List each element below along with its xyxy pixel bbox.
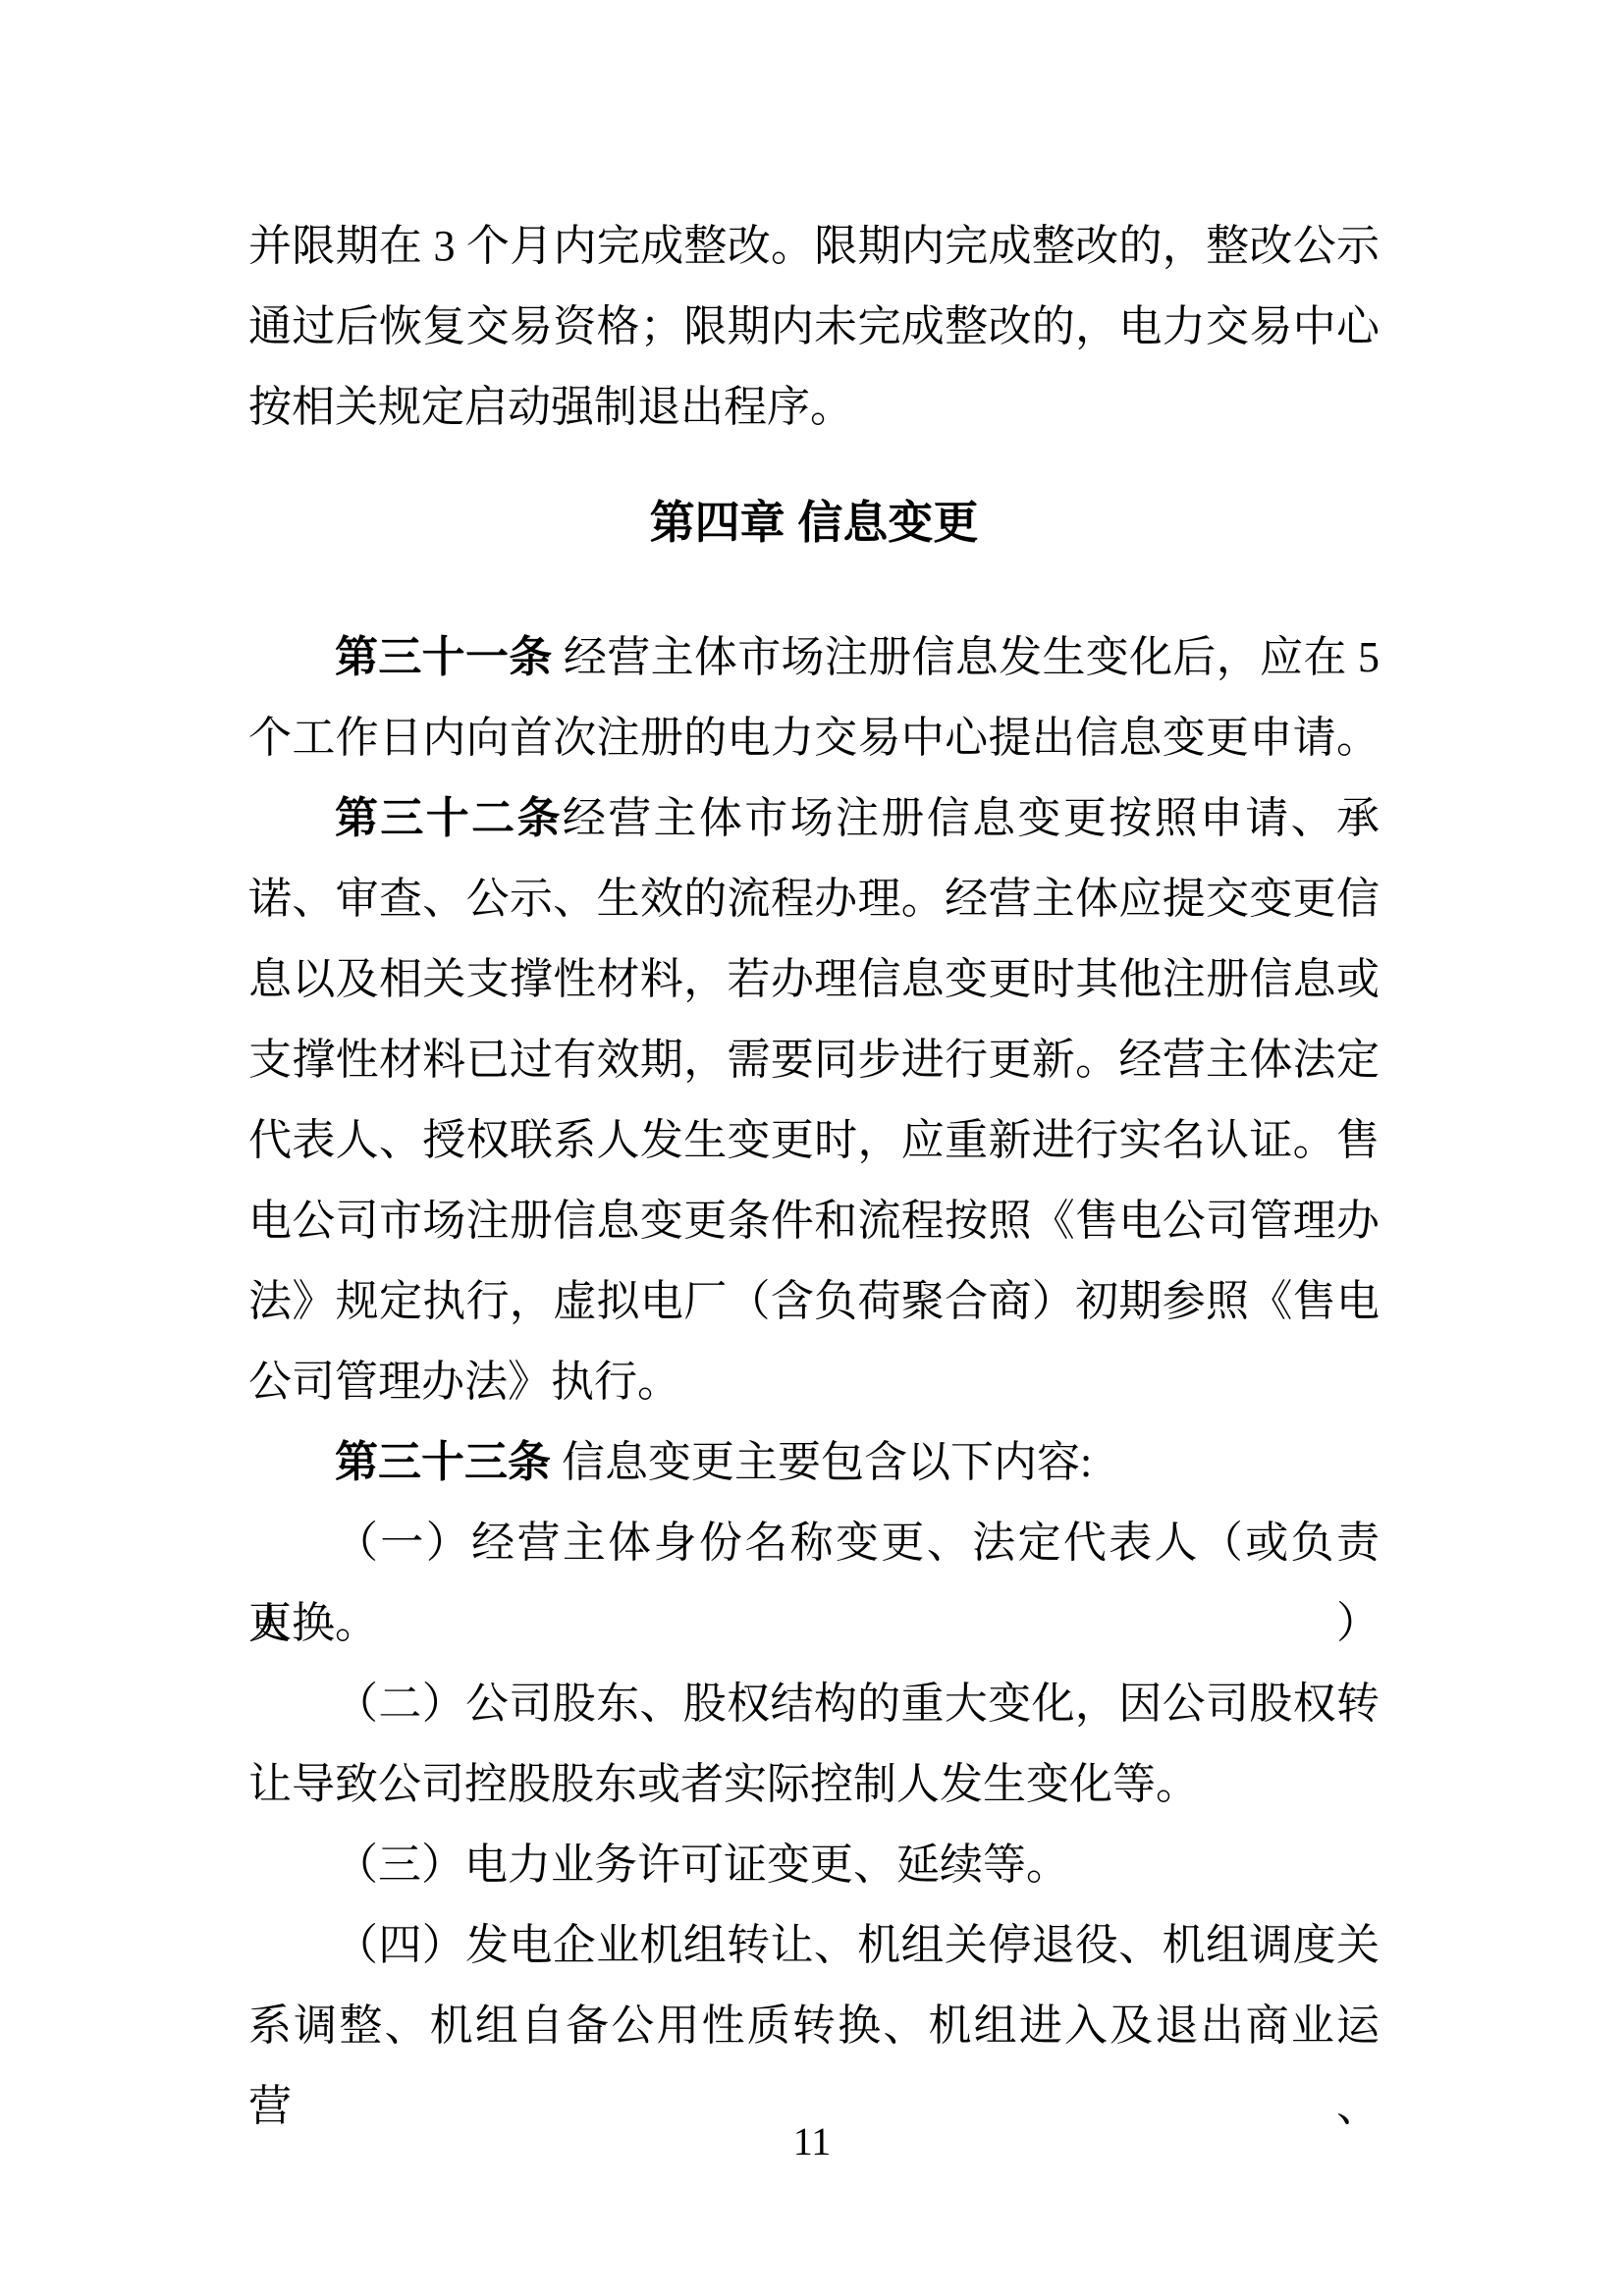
body-text: 按相关规定启动强制退出程序。 [248,383,853,431]
body-text: 支撑性材料已过有效期，需要同步进行更新。经营主体法定 [248,1036,1380,1084]
body-text: （二）公司股东、股权结构的重大变化，因公司股权转 [335,1680,1380,1728]
body-text: 公司管理办法》执行。 [248,1358,680,1406]
document-page: 并限期在 3 个月内完成整改。限期内完成整改的，整改公示通过后恢复交易资格；限期… [0,0,1624,2296]
body-text: 系调整、机组自备公用性质转换、机组进入及退出商业运营、 [248,2002,1380,2130]
document-body: 并限期在 3 个月内完成整改。限期内完成整改的，整改公示通过后恢复交易资格；限期… [248,206,1380,2066]
text-line: 支撑性材料已过有效期，需要同步进行更新。经营主体法定 [248,1020,1380,1100]
bold-text: 第四章 信息变更 [650,497,979,548]
text-line: 息以及相关支撑性材料，若办理信息变更时其他注册信息或 [248,939,1380,1020]
text-line: 第三十一条 经营主体市场注册信息发生变化后，应在 5 [248,617,1380,698]
body-text: 经营主体市场注册信息变更按照申请、承 [563,794,1380,842]
body-text: 更换。 [248,1599,378,1647]
text-line: 电公司市场注册信息变更条件和流程按照《售电公司管理办 [248,1181,1380,1261]
body-text: 个工作日内向首次注册的电力交易中心提出信息变更申请。 [248,714,1380,762]
body-text: 代表人、授权联系人发生变更时，应重新进行实名认证。售 [248,1116,1380,1164]
text-line: 代表人、授权联系人发生变更时，应重新进行实名认证。售 [248,1100,1380,1181]
body-text: 息以及相关支撑性材料，若办理信息变更时其他注册信息或 [248,955,1380,1003]
body-text: 经营主体市场注册信息发生变化后，应在 5 [553,633,1380,681]
body-text: 让导致公司控股股东或者实际控制人发生变化等。 [248,1760,1199,1808]
text-line: （二）公司股东、股权结构的重大变化，因公司股权转 [248,1664,1380,1744]
text-line: 按相关规定启动强制退出程序。 [248,367,1380,448]
text-line: 系调整、机组自备公用性质转换、机组进入及退出商业运营、 [248,1986,1380,2066]
body-text: 通过后恢复交易资格；限期内未完成整改的，电力交易中心 [248,302,1380,350]
text-line: 让导致公司控股股东或者实际控制人发生变化等。 [248,1744,1380,1825]
text-line: 公司管理办法》执行。 [248,1342,1380,1422]
text-line: （四）发电企业机组转让、机组关停退役、机组调度关 [248,1905,1380,1986]
text-line: （三）电力业务许可证变更、延续等。 [248,1825,1380,1905]
body-text: 诺、审查、公示、生效的流程办理。经营主体应提交变更信 [248,875,1380,923]
text-line: （一）经营主体身份名称变更、法定代表人（或负责人） [248,1503,1380,1583]
body-text: （四）发电企业机组转让、机组关停退役、机组调度关 [335,1921,1380,1969]
bold-text: 第三十一条 [335,633,553,681]
body-text: 电公司市场注册信息变更条件和流程按照《售电公司管理办 [248,1197,1380,1245]
bold-text: 第三十二条 [335,794,563,842]
body-text: 信息变更主要包含以下内容: [551,1438,1092,1486]
bold-text: 第三十三条 [335,1438,551,1486]
body-text: （三）电力业务许可证变更、延续等。 [335,1841,1069,1889]
page-footer: 11 [0,2120,1624,2163]
text-line: 第三十二条经营主体市场注册信息变更按照申请、承 [248,778,1380,859]
chapter-heading: 第四章 信息变更 [248,482,1380,562]
body-text: 法》规定执行，虚拟电厂（含负荷聚合商）初期参照《售电 [248,1277,1380,1325]
text-line: 通过后恢复交易资格；限期内未完成整改的，电力交易中心 [248,287,1380,367]
body-text: （一）经营主体身份名称变更、法定代表人（或负责人） [248,1519,1380,1647]
page-number: 11 [793,2119,832,2163]
text-line: 法》规定执行，虚拟电厂（含负荷聚合商）初期参照《售电 [248,1261,1380,1342]
body-text: 并限期在 3 个月内完成整改。限期内完成整改的，整改公示 [248,222,1380,270]
text-line: 个工作日内向首次注册的电力交易中心提出信息变更申请。 [248,698,1380,778]
text-line: 第三十三条 信息变更主要包含以下内容: [248,1422,1380,1503]
text-line: 并限期在 3 个月内完成整改。限期内完成整改的，整改公示 [248,206,1380,287]
text-line: 诺、审查、公示、生效的流程办理。经营主体应提交变更信 [248,859,1380,939]
